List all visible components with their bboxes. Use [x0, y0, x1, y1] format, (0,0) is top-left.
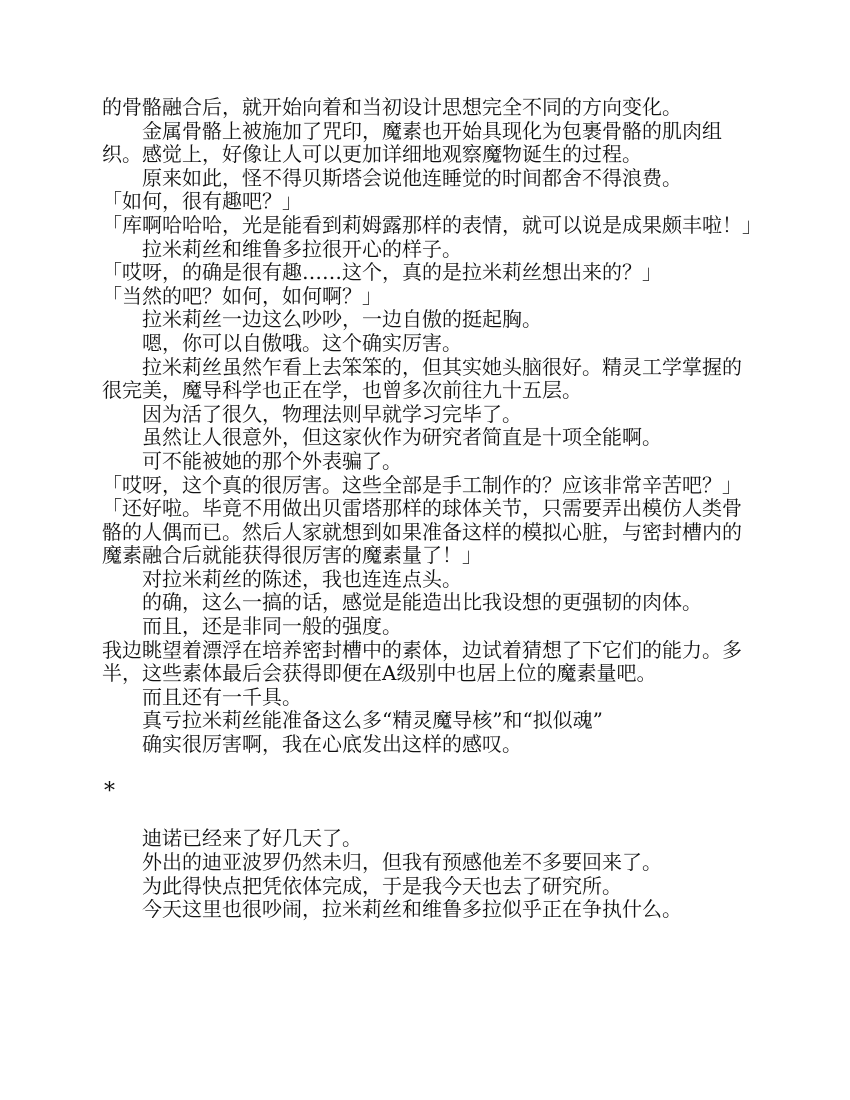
paragraph: 的确，这么一搞的话，感觉是能造出比我设想的更强韧的肉体。: [102, 591, 752, 615]
paragraph: 拉米莉丝和维鲁多拉很开心的样子。: [102, 238, 752, 262]
paragraph: 因为活了很久，物理法则早就学习完毕了。: [102, 403, 752, 427]
dialogue-line: 「当然的吧？如何，如何啊？」: [102, 285, 752, 309]
paragraph: 真亏拉米莉丝能准备这么多“精灵魔导核”和“拟似魂”: [102, 709, 752, 733]
paragraph: 的骨骼融合后，就开始向着和当初设计思想完全不同的方向变化。: [102, 96, 752, 120]
paragraph: 确实很厉害啊，我在心底发出这样的感叹。: [102, 733, 752, 757]
paragraph: 原来如此，怪不得贝斯塔会说他连睡觉的时间都舍不得浪费。: [102, 167, 752, 191]
paragraph: 外出的迪亚波罗仍然未归，但我有预感他差不多要回来了。: [102, 851, 752, 875]
paragraph: 我边眺望着漂浮在培养密封槽中的素体，边试着猜想了下它们的能力。多半，这些素体最后…: [102, 639, 752, 686]
paragraph: 金属骨骼上被施加了咒印，魔素也开始具现化为包裹骨骼的肌肉组织。感觉上，好像让人可…: [102, 120, 752, 167]
paragraph: 而且还有一千具。: [102, 686, 752, 710]
paragraph: 为此得快点把凭依体完成，于是我今天也去了研究所。: [102, 875, 752, 899]
paragraph: 对拉米莉丝的陈述，我也连连点头。: [102, 568, 752, 592]
dialogue-line: 「库啊哈哈哈，光是能看到莉姆露那样的表情，就可以说是成果颇丰啦！」: [102, 214, 752, 238]
paragraph: 可不能被她的那个外表骗了。: [102, 450, 752, 474]
paragraph: 而且，还是非同一般的强度。: [102, 615, 752, 639]
paragraph: 今天这里也很吵闹，拉米莉丝和维鲁多拉似乎正在争执什么。: [102, 898, 752, 922]
dialogue-line: 「哎呀，的确是很有趣……这个，真的是拉米莉丝想出来的？」: [102, 261, 752, 285]
section-separator: *: [102, 757, 752, 828]
paragraph: 虽然让人很意外，但这家伙作为研究者简直是十项全能啊。: [102, 426, 752, 450]
dialogue-line: 「如何，很有趣吧？」: [102, 190, 752, 214]
dialogue-line: 「还好啦。毕竟不用做出贝雷塔那样的球体关节，只需要弄出模仿人类骨骼的人偶而已。然…: [102, 497, 752, 568]
paragraph: 嗯，你可以自傲哦。这个确实厉害。: [102, 332, 752, 356]
paragraph: 迪诺已经来了好几天了。: [102, 827, 752, 851]
dialogue-line: 「哎呀，这个真的很厉害。这些全部是手工制作的？应该非常辛苦吧？」: [102, 474, 752, 498]
paragraph: 拉米莉丝一边这么吵吵，一边自傲的挺起胸。: [102, 308, 752, 332]
paragraph: 拉米莉丝虽然乍看上去笨笨的，但其实她头脑很好。精灵工学掌握的很完美，魔导科学也正…: [102, 356, 752, 403]
document-page: 的骨骼融合后，就开始向着和当初设计思想完全不同的方向变化。 金属骨骼上被施加了咒…: [102, 96, 752, 922]
